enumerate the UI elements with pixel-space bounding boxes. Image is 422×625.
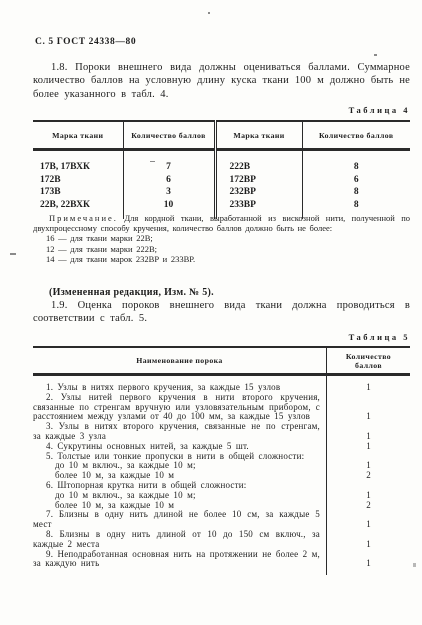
scan-artifact (208, 12, 210, 14)
note-items: 16 — для ткани марки 22В; 12 — для ткани… (33, 233, 410, 264)
defect-name: 3. Узлы в нитях второго кручения, связан… (33, 422, 327, 442)
scan-artifact (374, 54, 377, 56)
defect-points: 1 (327, 442, 410, 452)
defect-points: 1 (327, 393, 410, 422)
defect-name: 8. Близны в одну нить длиной от 10 до 15… (33, 530, 327, 550)
table5-label: Таблица 5 (349, 332, 410, 342)
table4-cell: 173В (33, 186, 123, 199)
defect-name: 1. Узлы в нитях первого кручения, за каж… (33, 376, 327, 393)
page-header: С. 5 ГОСТ 24338—80 (35, 37, 136, 47)
table4-cell: 6 (302, 174, 410, 187)
spacer (33, 569, 327, 575)
table-row: 173В 3 232ВР 8 (33, 186, 410, 199)
page-content: С. 5 ГОСТ 24338—80 1.8. Пороки внешнего … (33, 0, 410, 625)
defect-name: 7. Близны в одну нить длиной не более 10… (33, 510, 327, 530)
table4-cell: 8 (302, 186, 410, 199)
table-row: 9. Неподработанная основная нить на прот… (33, 550, 410, 570)
table4-col-header: Количество баллов (123, 121, 215, 150)
scan-artifact (10, 253, 16, 255)
table4-col-header: Марка ткани (215, 121, 302, 150)
note-item: 16 — для ткани марки 22В; (33, 233, 410, 243)
table5-col-header: Количество баллов (327, 348, 410, 373)
table-row: 17В, 17ВХК 7 222В 8 (33, 150, 410, 174)
table4-cell: 17В, 17ВХК (33, 150, 123, 174)
amended-edition-line: (Измененная редакция, Изм. № 5). (33, 287, 410, 298)
defect-points: 2 (327, 501, 410, 511)
table-4: Марка ткани Количество баллов Марка ткан… (33, 120, 410, 219)
note-label: Примечание. (49, 213, 118, 223)
table4-cell: 222В (215, 150, 302, 174)
table4-cell: 172ВР (215, 174, 302, 187)
note-body: Примечание. Для кордной ткани, выработан… (33, 213, 410, 233)
table4-header-row: Марка ткани Количество баллов Марка ткан… (33, 121, 410, 150)
defect-points: 1 (327, 530, 410, 550)
defect-points: 1 (327, 510, 410, 530)
defect-points: 1 (327, 550, 410, 570)
table-row: 2. Узлы нитей первого кручения в нити вт… (33, 393, 410, 422)
table-row-spacer (33, 569, 410, 575)
table5-header-row: Наименование порока Количество баллов (33, 346, 410, 376)
note-item: 14 — для ткани марок 232ВР и 233ВР. (33, 254, 410, 264)
table-row: 172В 6 172ВР 6 (33, 174, 410, 187)
table-row: 3. Узлы в нитях второго кручения, связан… (33, 422, 410, 442)
table4-cell: 7 (123, 150, 215, 174)
defect-points: 1 (327, 422, 410, 442)
defect-name: 2. Узлы нитей первого кручения в нити вт… (33, 393, 327, 422)
defect-points: 1 (327, 376, 410, 393)
spacer (327, 569, 410, 575)
document-page: С. 5 ГОСТ 24338—80 1.8. Пороки внешнего … (0, 0, 422, 625)
table4-cell: 172В (33, 174, 123, 187)
table-5: Наименование порока Количество баллов 1.… (33, 346, 410, 575)
paragraph-1-9: 1.9. Оценка пороков внешнего вида ткани … (33, 299, 410, 326)
defect-points: 2 (327, 471, 410, 481)
scan-artifact (413, 563, 416, 567)
table4-col-header: Марка ткани (33, 121, 123, 150)
paragraph-1-8: 1.8. Пороки внешнего вида должны оценива… (33, 61, 410, 101)
table-row: 8. Близны в одну нить длиной от 10 до 15… (33, 530, 410, 550)
table-row: 1. Узлы в нитях первого кручения, за каж… (33, 376, 410, 393)
table4-cell: 232ВР (215, 186, 302, 199)
table4-label: Таблица 4 (349, 105, 410, 115)
table4-cell: 8 (302, 150, 410, 174)
table4-cell: 6 (123, 174, 215, 187)
table-row: 7. Близны в одну нить длиной не более 10… (33, 510, 410, 530)
note-block: Примечание. Для кордной ткани, выработан… (33, 213, 410, 264)
table4-col-header: Количество баллов (302, 121, 410, 150)
defect-name: 9. Неподработанная основная нить на прот… (33, 550, 327, 570)
scan-artifact (150, 161, 155, 162)
table4-cell: 3 (123, 186, 215, 199)
note-item: 12 — для ткани марки 222В; (33, 244, 410, 254)
table5-col-header: Наименование порока (33, 348, 327, 373)
table5-body: 1. Узлы в нитях первого кручения, за каж… (33, 376, 410, 575)
